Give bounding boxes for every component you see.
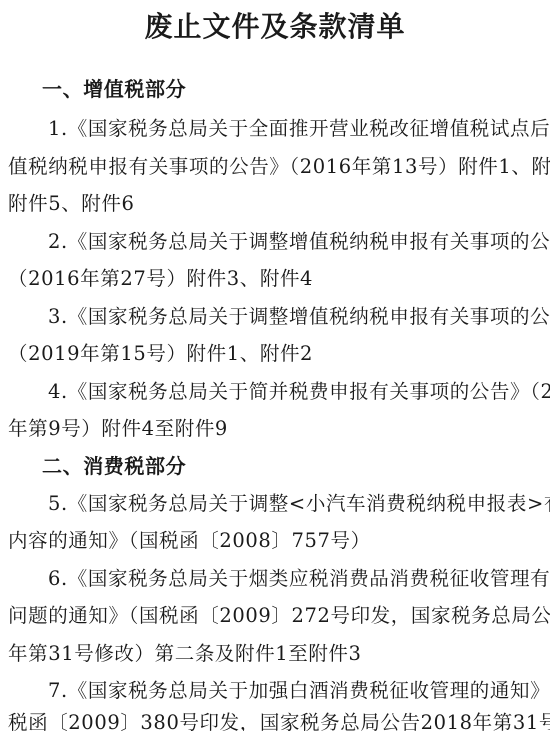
section-heading-consumption: 二、消费税部分: [42, 453, 550, 479]
list-item-2-line-2: （2016年第27号）附件3、附件4: [8, 266, 544, 292]
list-item-3-line-2: （2019年第15号）附件1、附件2: [8, 341, 544, 367]
list-item-6-line-1: 6.《国家税务总局关于烟类应税消费品消费税征收管理有关: [48, 566, 544, 592]
document-title: 废止文件及条款清单: [0, 8, 550, 46]
list-item-2-line-1: 2.《国家税务总局关于调整增值税纳税申报有关事项的公告》: [48, 229, 544, 255]
list-item-1-line-2: 值税纳税申报有关事项的公告》（2016年第13号）附件1、附件2、: [8, 154, 544, 180]
list-item-1-line-1: 1.《国家税务总局关于全面推开营业税改征增值税试点后增: [48, 116, 544, 142]
list-item-7-line-1: 7.《国家税务总局关于加强白酒消费税征收管理的通知》（国: [48, 678, 544, 704]
list-item-7-line-2: 税函〔2009〕380号印发，国家税务总局公告2018年第31号修改）: [8, 710, 544, 731]
list-item-6-line-3: 年第31号修改）第二条及附件1至附件3: [8, 641, 544, 667]
list-item-3-line-1: 3.《国家税务总局关于调整增值税纳税申报有关事项的公告》: [48, 304, 544, 330]
list-item-6-line-2: 问题的通知》（国税函〔2009〕272号印发，国家税务总局公告2018: [8, 603, 544, 629]
list-item-4-line-2: 年第9号）附件4至附件9: [8, 416, 544, 442]
list-item-4-line-1: 4.《国家税务总局关于简并税费申报有关事项的公告》（2021: [48, 379, 544, 405]
list-item-5-line-1: 5.《国家税务总局关于调整<小汽车消费税纳税申报表>有关: [48, 491, 544, 517]
list-item-1-line-3: 附件5、附件6: [8, 191, 544, 217]
section-heading-vat: 一、增值税部分: [42, 76, 550, 102]
list-item-5-line-2: 内容的通知》（国税函〔2008〕757号）: [8, 528, 544, 554]
